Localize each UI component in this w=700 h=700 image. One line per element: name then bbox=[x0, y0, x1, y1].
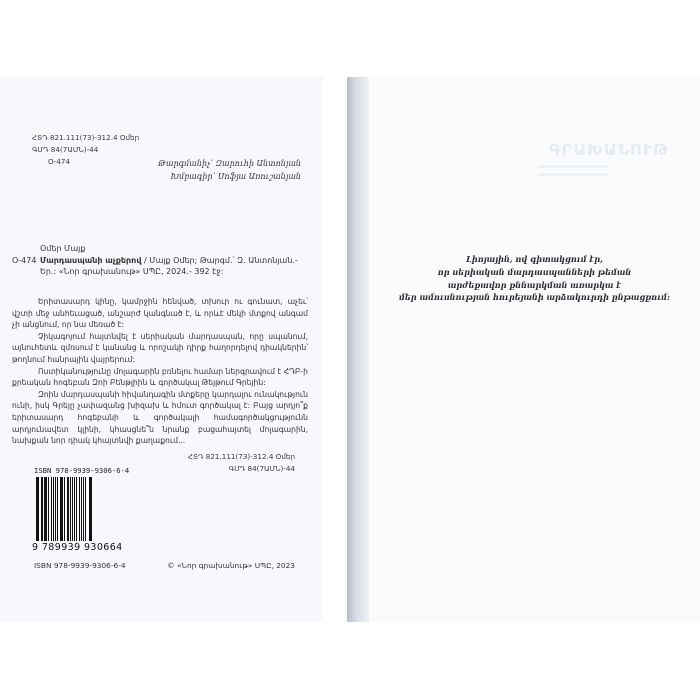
abstract: Երիտասարդ կինը, կամրջին հենված, տխուր ու… bbox=[12, 296, 308, 447]
catalog-record: Օմեր Մայք Օ-474 Մարդասպանի աչքերով / Մայ… bbox=[12, 243, 312, 278]
bbk-code: ԳՄԴ 84(7ԱՄՆ)-44 bbox=[32, 144, 139, 156]
translator-credit: Թարգմանիչ՝ Զարուհի Անտոնյան bbox=[158, 157, 301, 170]
abstract-paragraph: Երիտասարդ կինը, կամրջին հենված, տխուր ու… bbox=[12, 296, 308, 331]
copyright: © «Նոր գրախանութ» ՍՊԸ, 2023 bbox=[167, 561, 295, 570]
udc-classification-top: ՀՏԴ 821.111(73)-312.4 Օմեր ԳՄԴ 84(7ԱՄՆ)-… bbox=[32, 132, 139, 168]
catalog-author: Օմեր Մայք bbox=[12, 243, 312, 255]
epigraph-line: Լիոյային, ով գիտակցում էր, bbox=[379, 253, 690, 266]
epigraph: Լիոյային, ով գիտակցում էր, որ սերիական մ… bbox=[379, 253, 690, 304]
author-sign: Օ-474 bbox=[32, 156, 139, 168]
catalog-publication: Եր.: «Նոր գրախանութ» ՍՊԸ, 2024.- 392 էջ: bbox=[12, 266, 312, 278]
bleed-through-logo: ԳՐԱԽԱՆՈՒԹ bbox=[549, 140, 669, 159]
bbk-code: ԳՄԴ 84(7ԱՄՆ)-44 bbox=[188, 463, 295, 475]
abstract-paragraph: Չիկագոյում հայտնվել է սերիական մարդասպան… bbox=[12, 331, 308, 366]
udc-classification-bottom: ՀՏԴ 821.111(73)-312.4 Օմեր ԳՄԴ 84(7ԱՄՆ)-… bbox=[188, 451, 295, 475]
abstract-paragraph: Ոստիկանությունը մոլագարին բռնելու համար … bbox=[12, 366, 308, 389]
book-title: Մարդասպանի աչքերով bbox=[40, 256, 141, 265]
barcode-digits: 9 789939 930664 bbox=[32, 542, 123, 553]
catalog-code: Օ-474 bbox=[12, 255, 40, 267]
abstract-paragraph: Զոին մարդասպանի հիվանդագին մտքերը կարդալ… bbox=[12, 389, 308, 447]
catalog-details: / Մայք Օմեր; Թարգմ.՝ Զ. Անտոնյան.- bbox=[141, 256, 297, 265]
udc-code: ՀՏԴ 821.111(73)-312.4 Օմեր bbox=[32, 132, 139, 144]
udc-code: ՀՏԴ 821.111(73)-312.4 Օմեր bbox=[188, 451, 295, 463]
bleed-through-text bbox=[539, 165, 609, 181]
left-page: ՀՏԴ 821.111(73)-312.4 Օմեր ԳՄԴ 84(7ԱՄՆ)-… bbox=[0, 77, 323, 622]
isbn: ISBN 978-9939-9306-6-4 bbox=[34, 561, 126, 570]
barcode-icon bbox=[36, 477, 116, 541]
book-gutter bbox=[347, 77, 369, 622]
epigraph-line: մեր ամուսնության հուրեյանի արձակուրդի ըն… bbox=[379, 291, 690, 304]
right-page: ԳՐԱԽԱՆՈՒԹ Լիոյային, ով գիտակցում էր, որ … bbox=[369, 77, 700, 622]
epigraph-line: որ սերիական մարդասպանների թեման bbox=[379, 266, 690, 279]
epigraph-line: արժեքավոր քննարկման առարկա է bbox=[379, 279, 690, 292]
editor-credit: Խմբագիր՝ Սոֆյա Առուշանյան bbox=[158, 170, 301, 183]
isbn-barcode-label: ISBN 978-9939-9306-6-4 bbox=[34, 466, 129, 475]
credits: Թարգմանիչ՝ Զարուհի Անտոնյան Խմբագիր՝ Սոֆ… bbox=[158, 157, 301, 183]
